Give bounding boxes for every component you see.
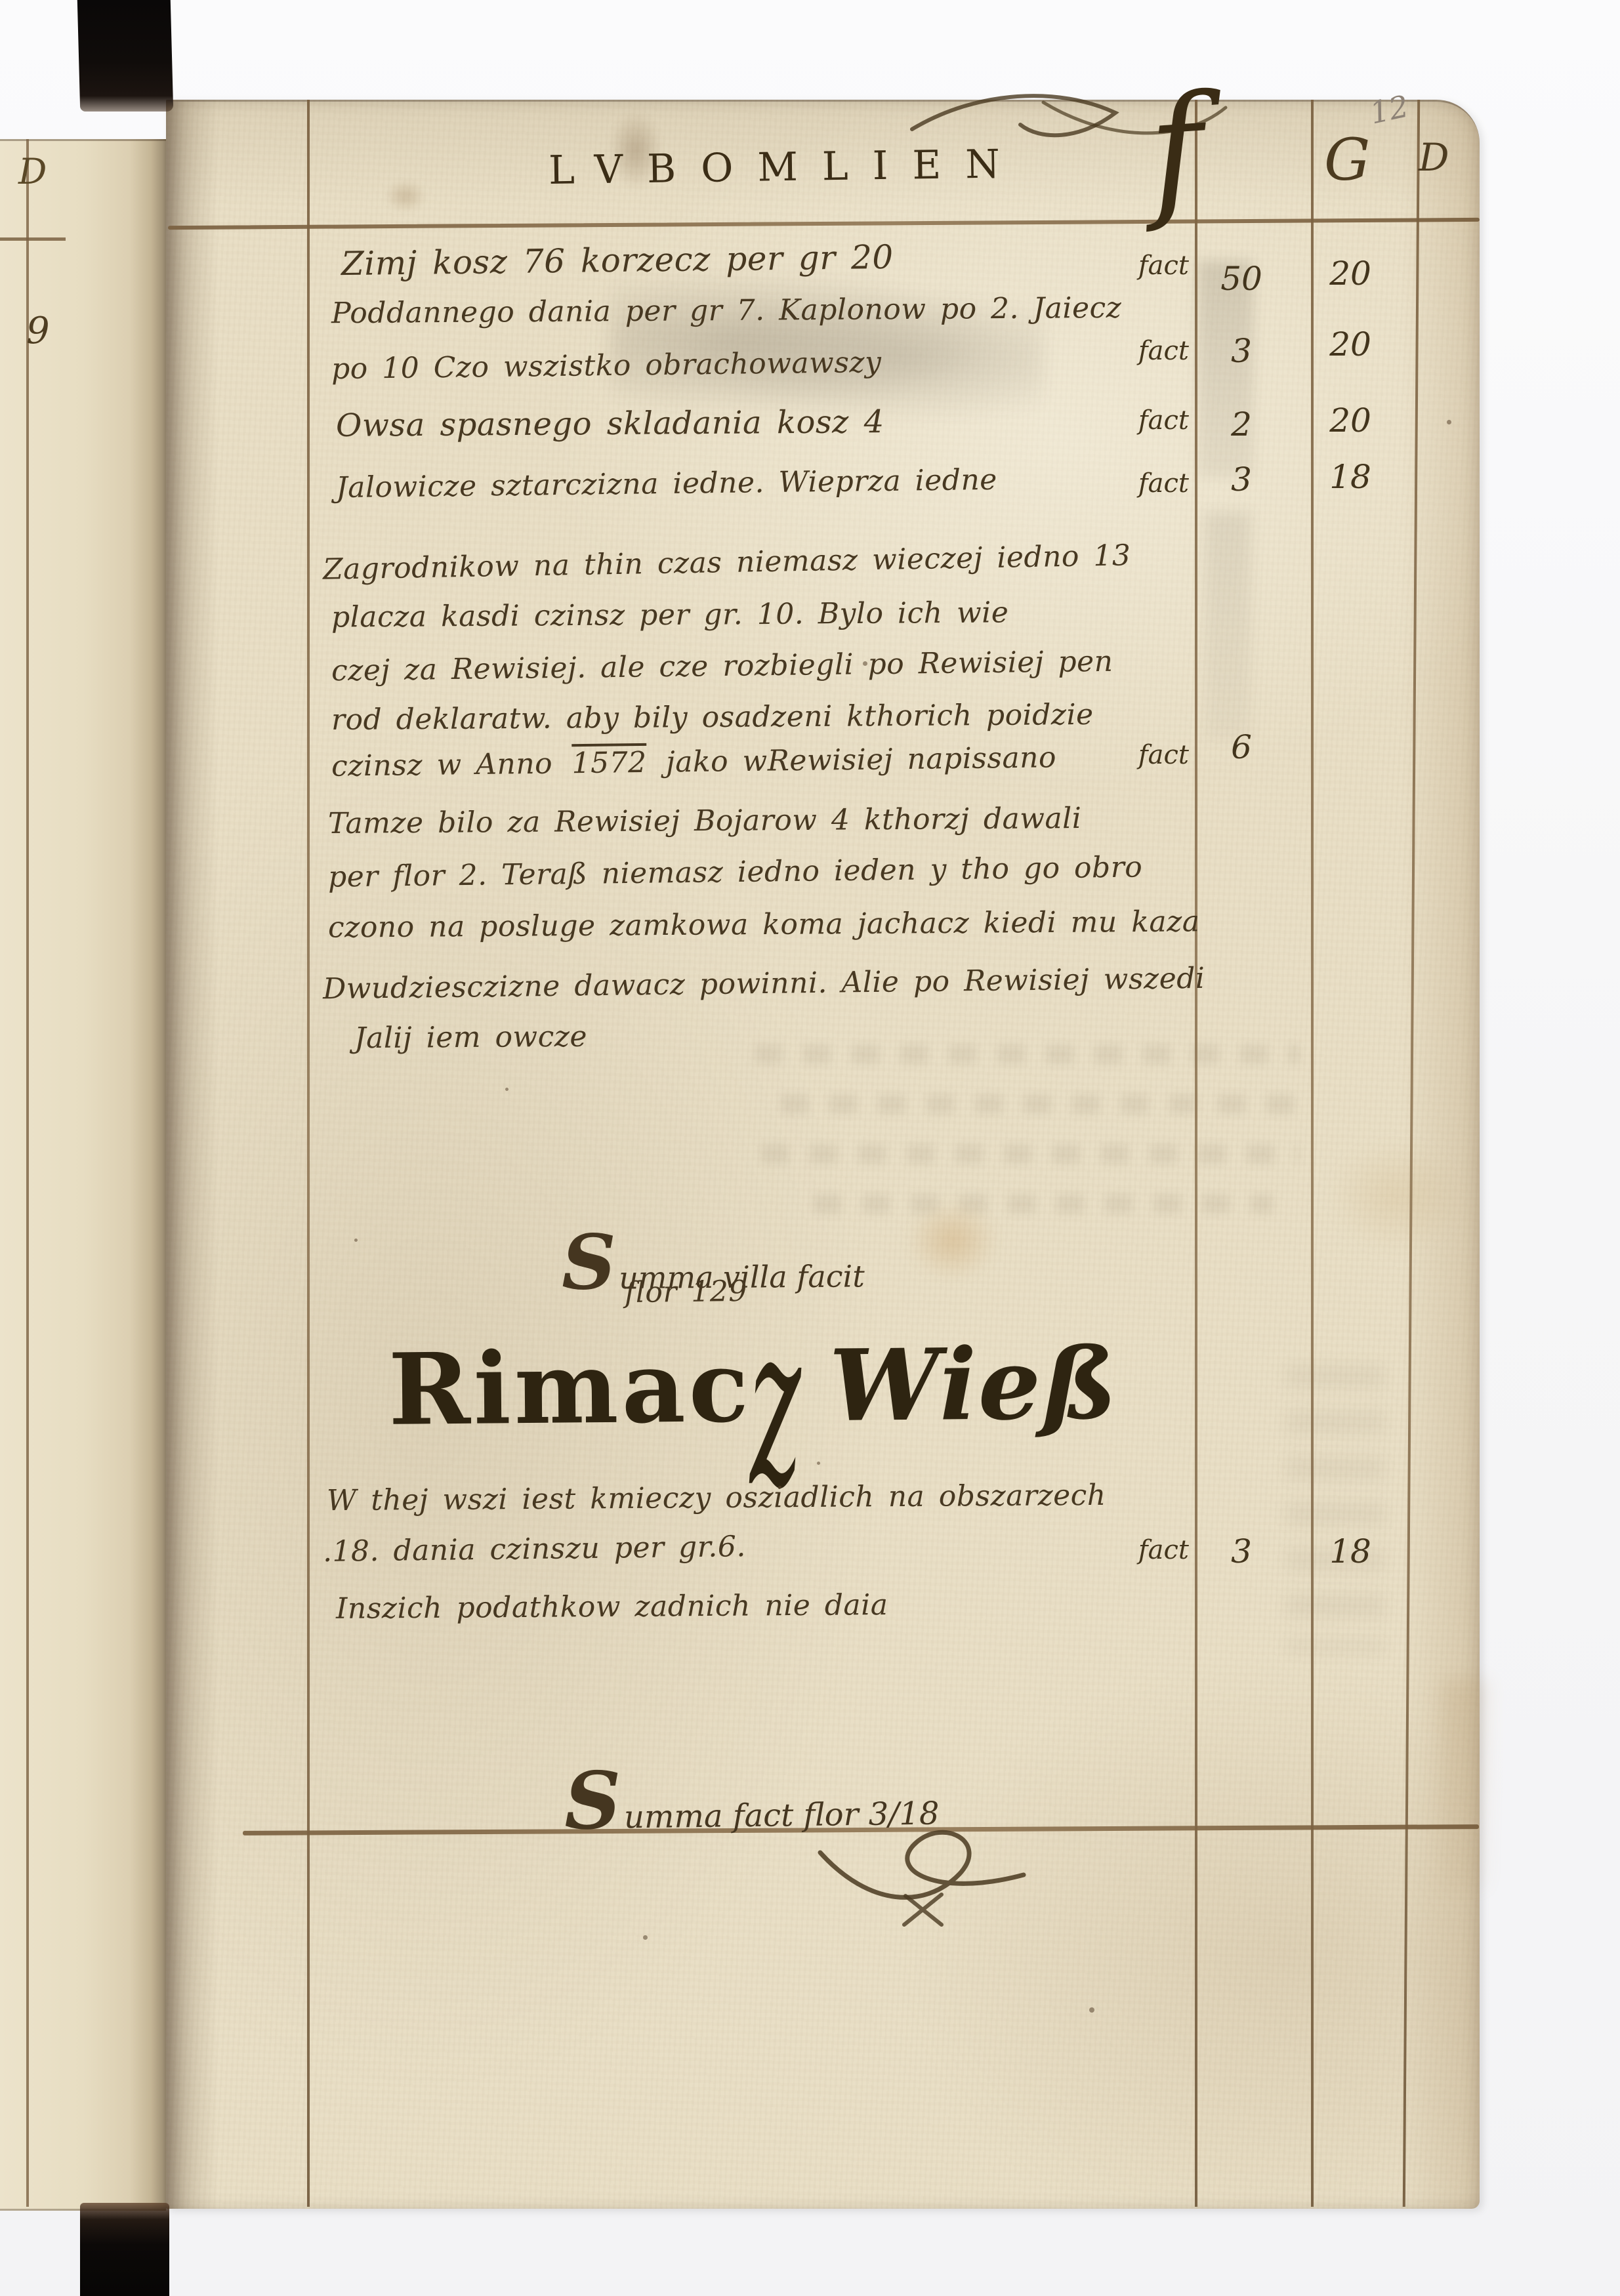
note-line: Inszich podathkow zadnich nie daia [336,1588,888,1626]
line-text: jako wRewisiej napissano [666,741,1057,779]
denar-column-header: D [1419,135,1449,180]
pen-flourish-bottom [807,1812,1056,1937]
florins-value: 2 [1211,405,1272,443]
fact-label: fact [1109,740,1189,770]
page-title: LVBOMLIEN [549,141,1025,194]
section-heading: RimaczWieß [388,1326,1119,1448]
paragraph-line: rod deklaratw. aby bily osadzeni kthoric… [331,698,1094,737]
paragraph-line: placza kasdi czinsz per gr. 10. Bylo ich… [331,596,1009,634]
binding-strap-bottom [80,2203,169,2296]
grossi-value: 20 [1316,325,1384,363]
grossi-column-rule [1311,100,1314,2207]
florins-value: 3 [1211,461,1272,499]
paragraph-line: W thej wszi iest kmieczy osziadlich na o… [327,1479,1106,1517]
previous-leaf-header-rule [0,237,66,241]
left-margin-rule [307,100,310,2207]
grossi-column-header: G [1324,126,1370,194]
entry-line: po 10 Czo wszistko obrachowawszy [331,346,882,386]
fact-column-header: f [1144,75,1208,223]
entry-line: Poddannego dania per gr 7. Kaplonow po 2… [331,291,1122,330]
grossi-value: 18 [1316,1532,1384,1570]
fact-label: fact [1109,468,1189,499]
entry-line: Zimj kosz 76 korzecz per gr 20 [341,238,894,283]
summa-villa-amount: flor 129 [625,1275,747,1309]
grossi-value: 18 [1316,458,1384,496]
florins-value: 3 [1211,1532,1272,1570]
grossi-value: 20 [1316,255,1384,293]
paragraph-line: .18. dania czinszu per gr.6. [323,1530,746,1568]
margin-number: 9 [26,310,50,352]
heading-part: Wieß [829,1326,1119,1444]
entry-line: Owsa spasnego skladania kosz 4 [336,403,884,444]
binding-strap-top [77,0,173,112]
year-overlined: 1572 [566,746,652,781]
paragraph-line: czono na posluge zamkowa koma jachacz ki… [328,905,1200,944]
paragraph-line: Jalij iem owcze [354,1020,587,1055]
scan-background: D 9 LVBOMLIEN f G 12 D Zimj kosz 76 korz… [0,0,1620,2296]
fact-label: fact [1109,1535,1189,1565]
margin-letter: D [18,151,47,192]
fact-column-rule [1195,100,1197,2207]
paragraph-line: Tamze bilo za Rewisiej Bojarow 4 kthorzj… [328,802,1082,840]
florins-value: 6 [1211,728,1272,766]
line-text: czinsz w Anno [331,747,553,783]
heading-part: Rimac [388,1329,752,1448]
florins-value: 50 [1211,260,1272,298]
fact-label: fact [1109,336,1189,366]
previous-leaf-edge [0,139,166,2211]
previous-leaf-rule-line [26,139,29,2207]
fact-label: fact [1109,251,1189,281]
fact-label: fact [1109,405,1189,436]
florins-value: 3 [1211,332,1272,370]
grossi-value: 20 [1316,401,1384,440]
